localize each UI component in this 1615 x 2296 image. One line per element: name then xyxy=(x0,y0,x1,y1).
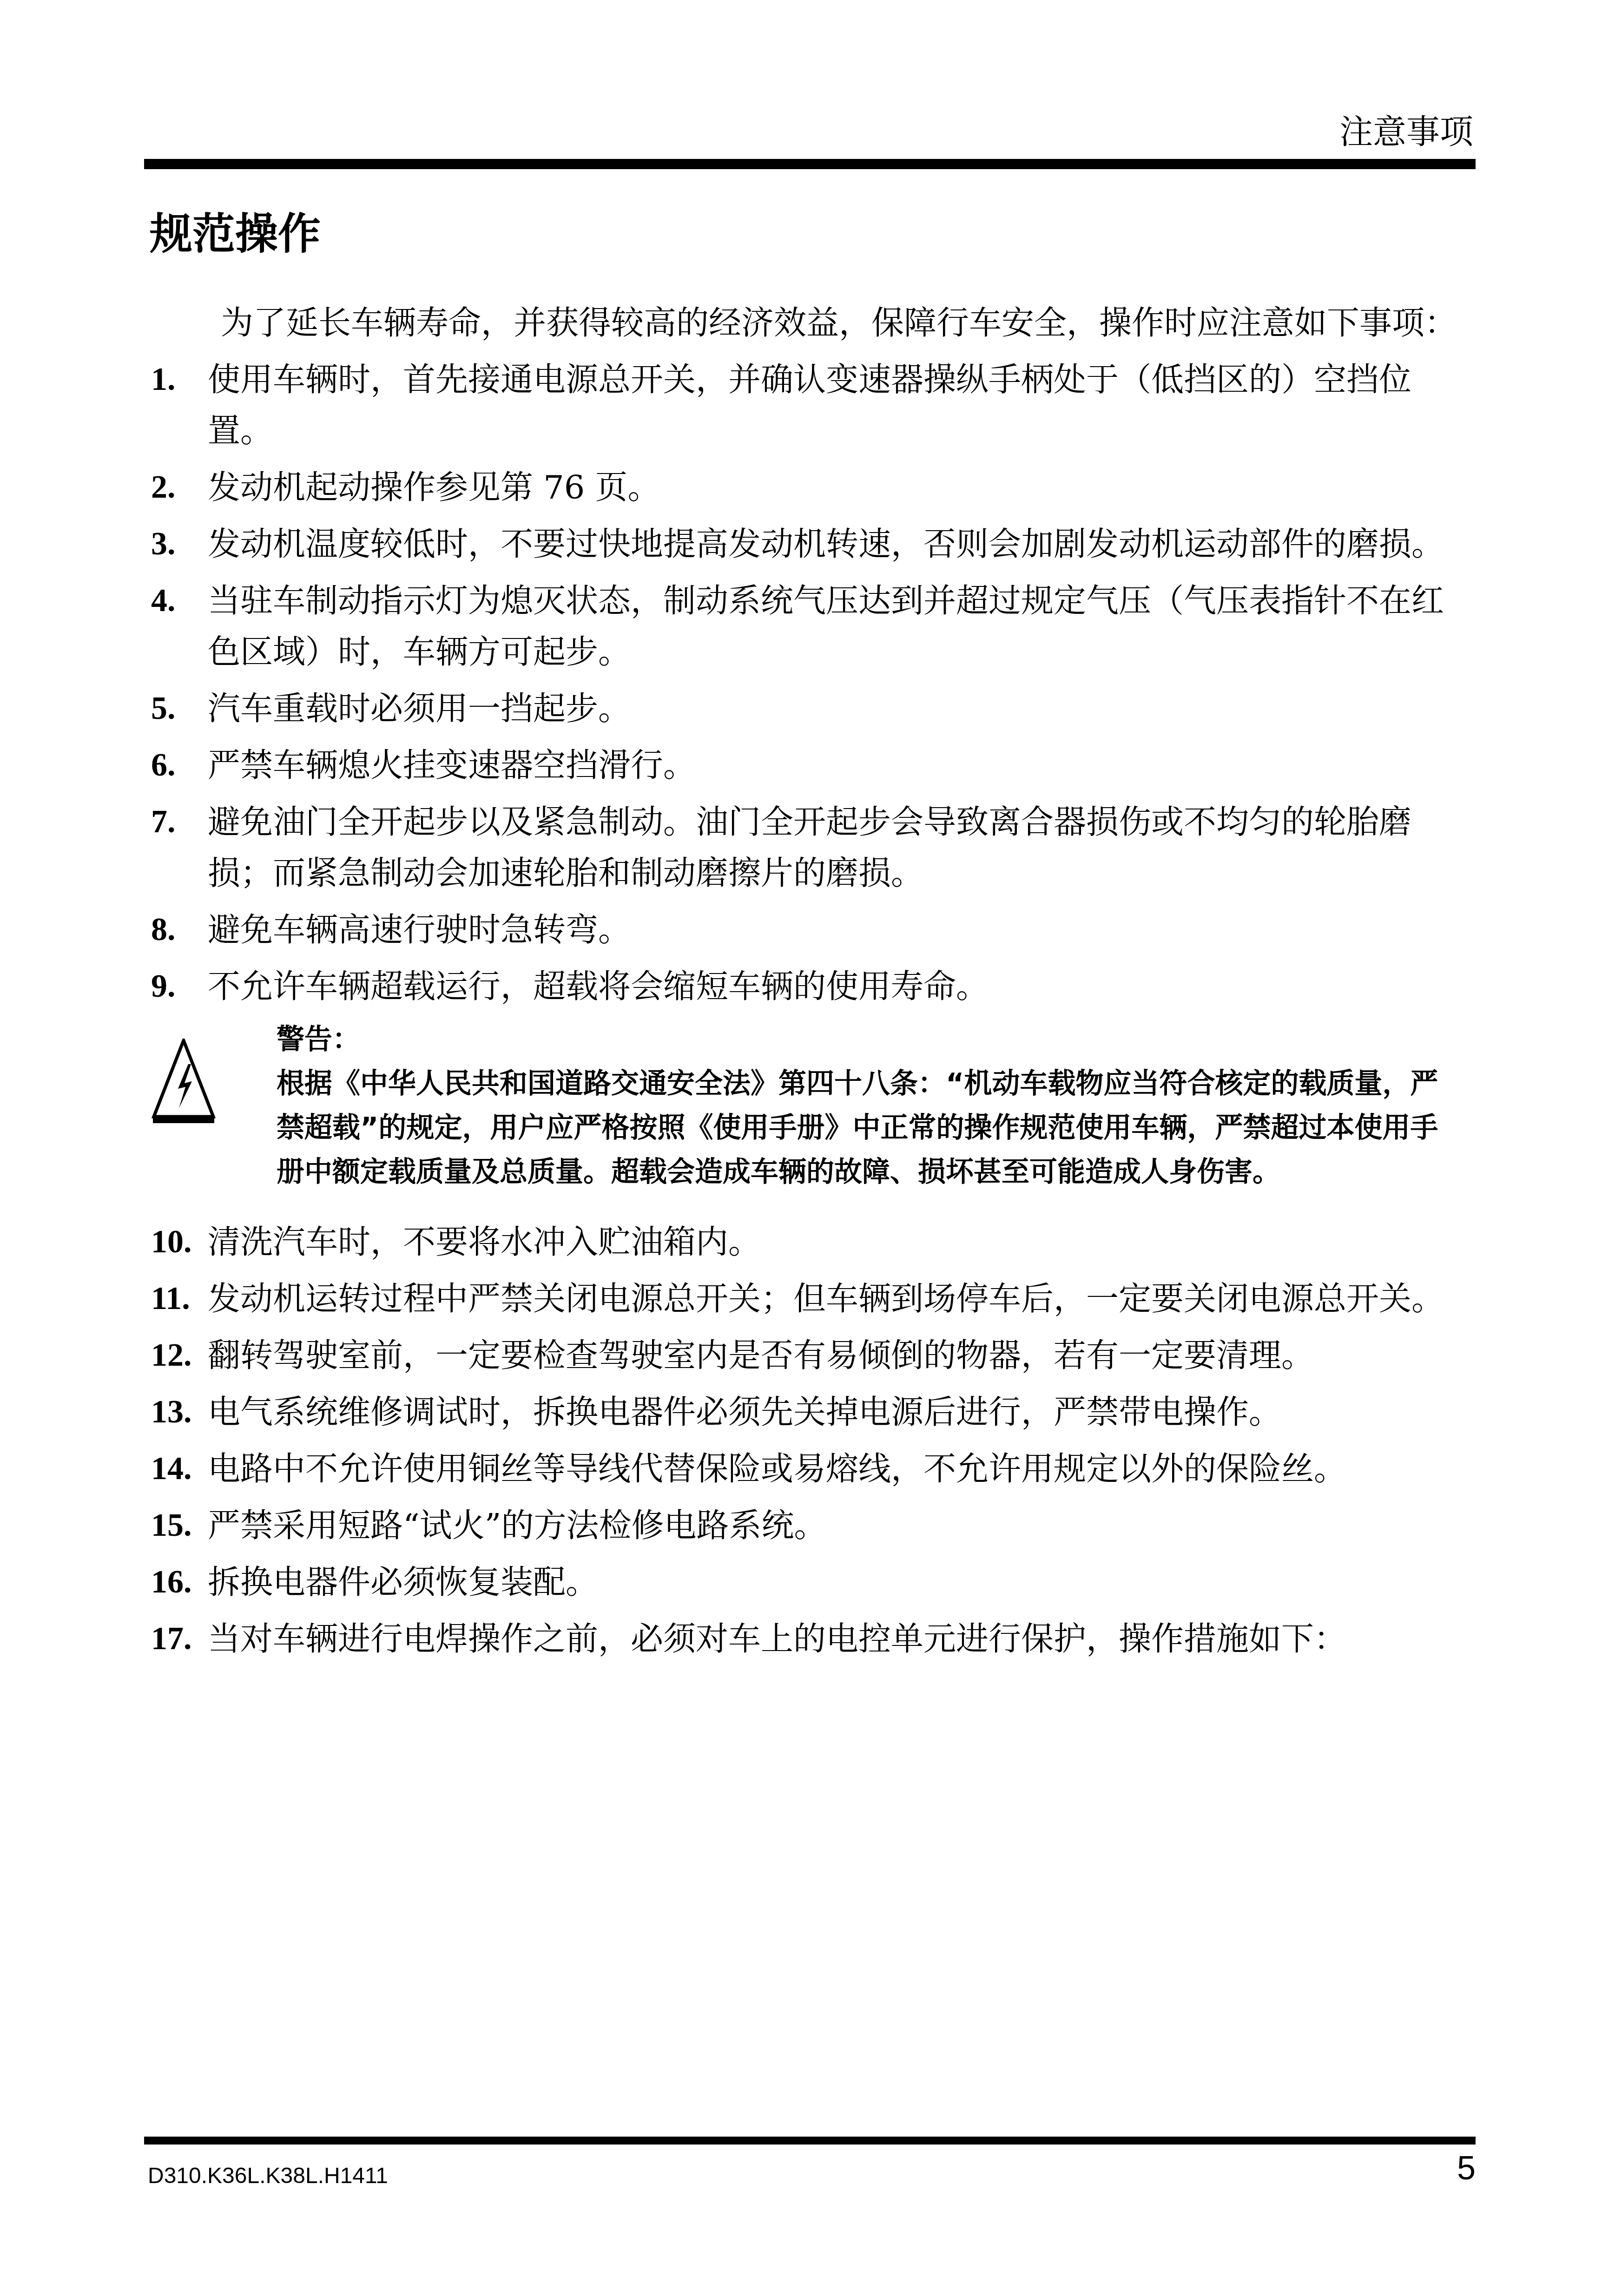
item-text: 发动机起动操作参见第 76 页。 xyxy=(208,462,1476,513)
list-item: 10.清洗汽车时，不要将水冲入贮油箱内。 xyxy=(151,1217,1476,1268)
item-number: 5. xyxy=(151,683,208,734)
item-text: 严禁车辆熄火挂变速器空挡滑行。 xyxy=(208,740,1476,791)
warning-text-block: 警告： 根据《中华人民共和国道路交通安全法》第四十八条：“机动车载物应当符合核定… xyxy=(277,1018,1448,1194)
item-text: 当对车辆进行电焊操作之前，必须对车上的电控单元进行保护，操作措施如下： xyxy=(208,1613,1476,1664)
document-code: D310.K36L.K38L.H1411 xyxy=(148,2163,388,2189)
item-number: 11. xyxy=(151,1273,208,1324)
list-item: 1.使用车辆时，首先接通电源总开关，并确认变速器操纵手柄处于（低挡区的）空挡位置… xyxy=(151,354,1476,456)
item-number: 17. xyxy=(151,1613,208,1664)
item-number: 3. xyxy=(151,519,208,570)
header-rule xyxy=(144,159,1476,169)
list-item: 11.发动机运转过程中严禁关闭电源总开关；但车辆到场停车后，一定要关闭电源总开关… xyxy=(151,1273,1476,1324)
item-number: 12. xyxy=(151,1330,208,1381)
item-number: 7. xyxy=(151,796,208,899)
item-number: 14. xyxy=(151,1443,208,1494)
item-number: 10. xyxy=(151,1217,208,1268)
warning-label: 警告： xyxy=(277,1018,1448,1062)
list-item: 6.严禁车辆熄火挂变速器空挡滑行。 xyxy=(151,740,1476,791)
item-text: 避免车辆高速行驶时急转弯。 xyxy=(208,904,1476,955)
item-number: 1. xyxy=(151,354,208,456)
item-text: 发动机温度较低时，不要过快地提高发动机转速，否则会加剧发动机运动部件的磨损。 xyxy=(208,519,1476,570)
item-text: 清洗汽车时，不要将水冲入贮油箱内。 xyxy=(208,1217,1476,1268)
item-text: 拆换电器件必须恢复装配。 xyxy=(208,1557,1476,1608)
list-after-warning: 10.清洗汽车时，不要将水冲入贮油箱内。 11.发动机运转过程中严禁关闭电源总开… xyxy=(151,1217,1476,1664)
item-number: 15. xyxy=(151,1500,208,1551)
list-before-warning: 1.使用车辆时，首先接通电源总开关，并确认变速器操纵手柄处于（低挡区的）空挡位置… xyxy=(151,354,1476,1012)
list-item: 3.发动机温度较低时，不要过快地提高发动机转速，否则会加剧发动机运动部件的磨损。 xyxy=(151,519,1476,570)
list-item: 15.严禁采用短路“试火”的方法检修电路系统。 xyxy=(151,1500,1476,1551)
list-item: 9.不允许车辆超载运行，超载将会缩短车辆的使用寿命。 xyxy=(151,961,1476,1012)
item-number: 16. xyxy=(151,1557,208,1608)
warning-box: 警告： 根据《中华人民共和国道路交通安全法》第四十八条：“机动车载物应当符合核定… xyxy=(151,1018,1476,1194)
item-text: 电路中不允许使用铜丝等导线代替保险或易熔线，不允许用规定以外的保险丝。 xyxy=(208,1443,1476,1494)
list-item: 5.汽车重载时必须用一挡起步。 xyxy=(151,683,1476,734)
list-item: 8.避免车辆高速行驶时急转弯。 xyxy=(151,904,1476,955)
page-number: 5 xyxy=(1457,2149,1476,2187)
high-voltage-warning-icon xyxy=(151,1018,277,1194)
section-header: 注意事项 xyxy=(1339,105,1473,153)
list-item: 16.拆换电器件必须恢复装配。 xyxy=(151,1557,1476,1608)
item-text: 避免油门全开起步以及紧急制动。油门全开起步会导致离合器损伤或不均匀的轮胎磨损；而… xyxy=(208,796,1476,899)
item-text: 严禁采用短路“试火”的方法检修电路系统。 xyxy=(208,1500,1476,1551)
item-number: 13. xyxy=(151,1387,208,1438)
list-item: 4.当驻车制动指示灯为熄灭状态，制动系统气压达到并超过规定气压（气压表指针不在红… xyxy=(151,575,1476,678)
item-number: 2. xyxy=(151,462,208,513)
list-item: 7.避免油门全开起步以及紧急制动。油门全开起步会导致离合器损伤或不均匀的轮胎磨损… xyxy=(151,796,1476,899)
intro-paragraph: 为了延长车辆寿命，并获得较高的经济效益，保障行车安全，操作时应注意如下事项： xyxy=(151,297,1476,349)
item-text: 不允许车辆超载运行，超载将会缩短车辆的使用寿命。 xyxy=(208,961,1476,1012)
item-number: 6. xyxy=(151,740,208,791)
item-text: 使用车辆时，首先接通电源总开关，并确认变速器操纵手柄处于（低挡区的）空挡位置。 xyxy=(208,354,1476,456)
list-item: 12.翻转驾驶室前，一定要检查驾驶室内是否有易倾倒的物器，若有一定要清理。 xyxy=(151,1330,1476,1381)
footer-rule xyxy=(144,2137,1476,2145)
item-text: 翻转驾驶室前，一定要检查驾驶室内是否有易倾倒的物器，若有一定要清理。 xyxy=(208,1330,1476,1381)
item-text: 当驻车制动指示灯为熄灭状态，制动系统气压达到并超过规定气压（气压表指针不在红色区… xyxy=(208,575,1476,678)
list-item: 13.电气系统维修调试时，拆换电器件必须先关掉电源后进行，严禁带电操作。 xyxy=(151,1387,1476,1438)
item-text: 发动机运转过程中严禁关闭电源总开关；但车辆到场停车后，一定要关闭电源总开关。 xyxy=(208,1273,1476,1324)
list-item: 17.当对车辆进行电焊操作之前，必须对车上的电控单元进行保护，操作措施如下： xyxy=(151,1613,1476,1664)
item-text: 电气系统维修调试时，拆换电器件必须先关掉电源后进行，严禁带电操作。 xyxy=(208,1387,1476,1438)
item-number: 4. xyxy=(151,575,208,678)
item-number: 9. xyxy=(151,961,208,1012)
item-text: 汽车重载时必须用一挡起步。 xyxy=(208,683,1476,734)
page-content: 为了延长车辆寿命，并获得较高的经济效益，保障行车安全，操作时应注意如下事项： 1… xyxy=(151,297,1476,1670)
page-title: 规范操作 xyxy=(150,200,321,261)
list-item: 2.发动机起动操作参见第 76 页。 xyxy=(151,462,1476,513)
item-number: 8. xyxy=(151,904,208,955)
warning-text: 根据《中华人民共和国道路交通安全法》第四十八条：“机动车载物应当符合核定的载质量… xyxy=(277,1062,1448,1194)
list-item: 14.电路中不允许使用铜丝等导线代替保险或易熔线，不允许用规定以外的保险丝。 xyxy=(151,1443,1476,1494)
